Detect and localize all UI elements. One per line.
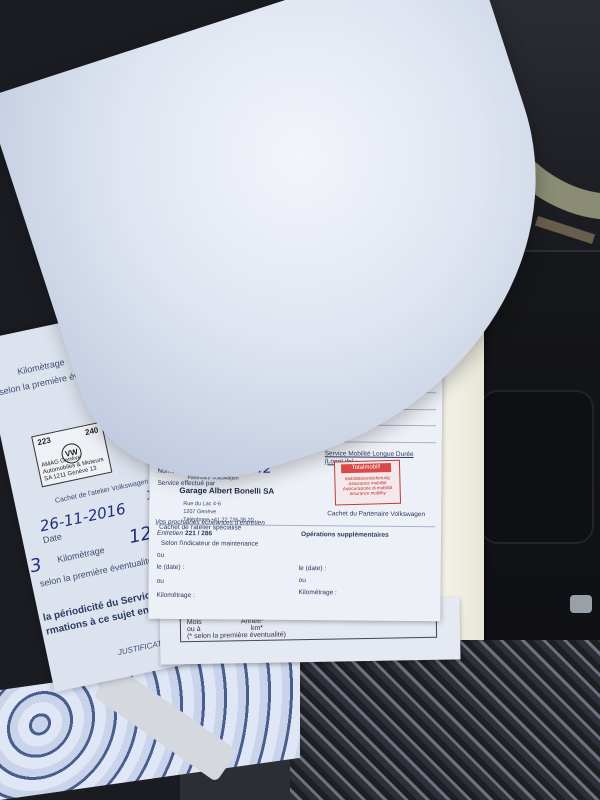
kilometrage-label-2: Kilomètrage xyxy=(56,545,105,565)
totalmobil-stamp: Totalmobil! MobilitätsversicherungAssura… xyxy=(334,460,401,506)
next-date-label: le (date) : xyxy=(157,564,185,572)
garage-code: 221 / 286 xyxy=(185,530,212,538)
ops-km-label: Kilométrage : xyxy=(298,589,336,597)
partner-cachet: Cachet du Partenaire Volkswagen xyxy=(327,510,425,518)
next-km-label: Kilométrage : xyxy=(156,592,194,600)
garage-name: Garage Albert Bonelli SA xyxy=(179,486,274,496)
amag-stamp: 223 240 VW AMAG Genève Automobiles & Mot… xyxy=(31,421,112,487)
selon-indicateur: Selon l'indicateur de maintenance xyxy=(161,540,258,548)
digit-3: 3 xyxy=(28,554,44,577)
col-operations: Opérations supplémentaires xyxy=(301,531,389,539)
next-due-heading: Vos prochaines échéances d'entretien xyxy=(155,519,265,527)
col-entretien: Entretien xyxy=(157,530,183,538)
date-value: 26-11-2016 xyxy=(38,500,127,536)
eventualite-note-2: selon la première éventualité xyxy=(39,555,154,589)
gear-shifter-boot xyxy=(480,390,594,544)
ops-date-label: le (date) : xyxy=(299,565,327,573)
checked-fabric xyxy=(290,640,600,800)
seatbelt-buckle xyxy=(570,595,592,613)
photo-scene: 1/09/23 Kilomètrage 119477 selon la prem… xyxy=(0,0,600,800)
